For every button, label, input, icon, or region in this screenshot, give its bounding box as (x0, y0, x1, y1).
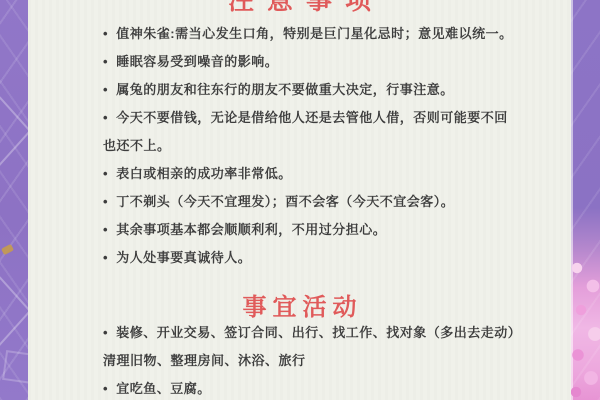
section-title-notes: 注意事项 (28, 0, 571, 17)
list-item: 丁不剃头（今天不宜理发）；酉不会客（今天不宜会客）。 (103, 188, 541, 216)
notes-list: 值神朱雀:需当心发生口角，特别是巨门星化忌时；意见难以统一。 睡眠容易受到噪音的… (28, 20, 571, 272)
list-item: 宜吃鱼、豆腐。 (103, 375, 541, 400)
section-title-activities: 事宜活动 (28, 287, 571, 322)
blossom-pattern (571, 250, 600, 400)
almanac-page: 注意事项 值神朱雀:需当心发生口角，特别是巨门星化忌时；意见难以统一。 睡眠容易… (0, 0, 600, 400)
right-border-decoration (571, 0, 600, 400)
list-item: 属兔的朋友和往东行的朋友不要做重大决定，行事注意。 (103, 76, 541, 104)
list-item: 值神朱雀:需当心发生口角，特别是巨门星化忌时；意见难以统一。 (103, 20, 541, 48)
gold-accent (1, 244, 14, 255)
activities-list: 装修、开业交易、签订合同、出行、找工作、找对象（多出去走动） 清理旧物、整理房间… (28, 319, 571, 400)
list-item: 今天不要借钱，无论是借给他人还是去管他人借，否则可能要不回 也还不上。 (103, 104, 541, 160)
list-item: 装修、开业交易、签订合同、出行、找工作、找对象（多出去走动） 清理旧物、整理房间… (103, 319, 541, 375)
content-paper: 注意事项 值神朱雀:需当心发生口角，特别是巨门星化忌时；意见难以统一。 睡眠容易… (28, 0, 571, 400)
left-border-decoration (0, 0, 28, 400)
list-item: 睡眠容易受到噪音的影响。 (103, 48, 541, 76)
list-item: 表白或相亲的成功率非常低。 (103, 160, 541, 188)
list-item: 其余事项基本都会顺顺利利，不用过分担心。 (103, 216, 541, 244)
list-item: 为人处事要真诚待人。 (103, 244, 541, 272)
